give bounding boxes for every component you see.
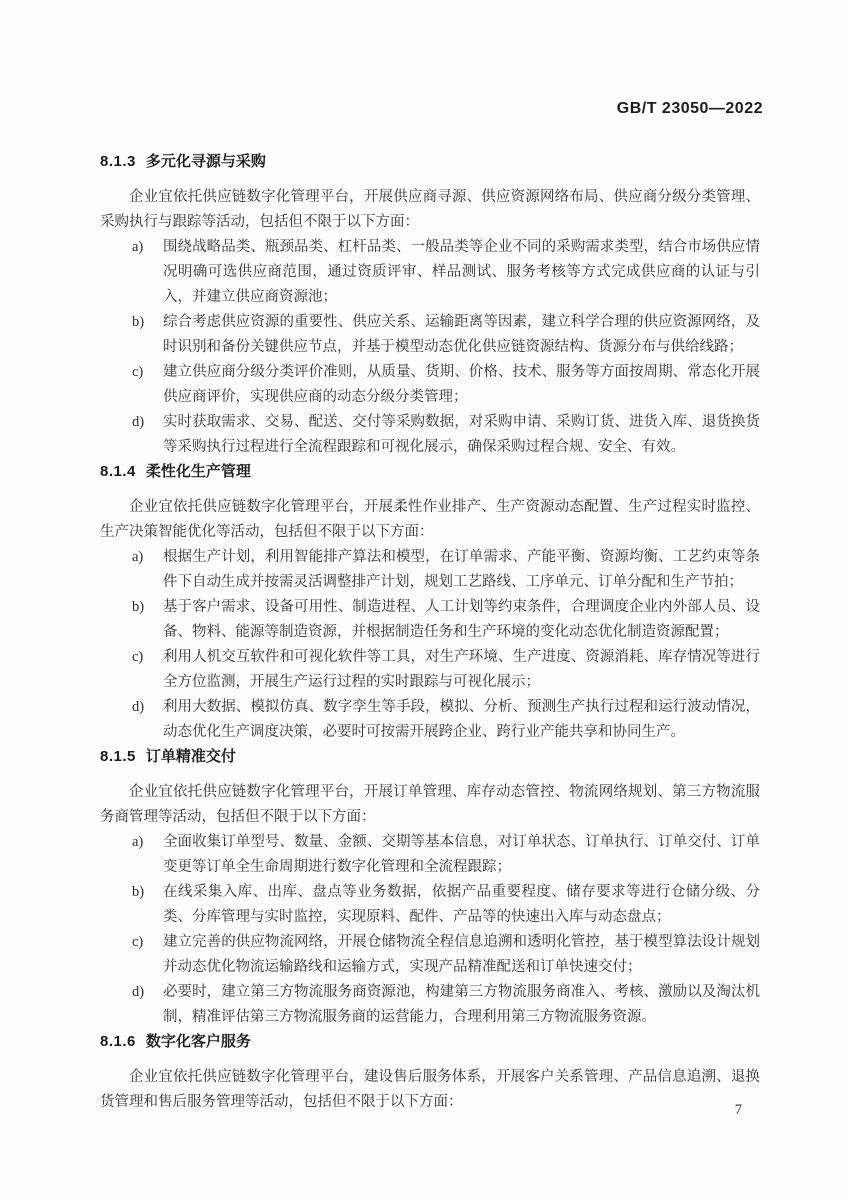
- list-item: a) 根据生产计划，利用智能排产算法和模型，在订单需求、产能平衡、资源均衡、工艺…: [100, 545, 760, 595]
- section-8-1-3: 8.1.3 多元化寻源与采购 企业宜依托供应链数字化管理平台，开展供应商寻源、供…: [100, 152, 760, 460]
- list-item: c) 利用人机交互软件和可视化软件等工具，对生产环境、生产进度、资源消耗、库存情…: [100, 645, 760, 695]
- document-page: GB/T 23050—2022 8.1.3 多元化寻源与采购 企业宜依托供应链数…: [0, 0, 850, 1200]
- section-title: 数字化客户服务: [146, 1032, 251, 1052]
- list-item-label: b): [132, 310, 163, 360]
- list-item: b) 基于客户需求、设备可用性、制造进程、人工计划等约束条件，合理调度企业内外部…: [100, 595, 760, 645]
- list-item: c) 建立供应商分级分类评价准则，从质量、货期、价格、技术、服务等方面按周期、常…: [100, 360, 760, 410]
- item-list: a) 全面收集订单型号、数量、金额、交期等基本信息，对订单状态、订单执行、订单交…: [100, 830, 760, 1030]
- section-8-1-5: 8.1.5 订单精准交付 企业宜依托供应链数字化管理平台，开展订单管理、库存动态…: [100, 747, 760, 1030]
- list-item-text: 围绕战略品类、瓶颈品类、杠杆品类、一般品类等企业不同的采购需求类型，结合市场供应…: [163, 235, 760, 310]
- section-title: 柔性化生产管理: [146, 462, 251, 482]
- section-intro: 企业宜依托供应链数字化管理平台，开展供应商寻源、供应资源网络布局、供应商分级分类…: [100, 185, 760, 235]
- section-heading: 8.1.3 多元化寻源与采购: [100, 152, 760, 172]
- section-number: 8.1.4: [100, 462, 136, 482]
- list-item-label: a): [132, 830, 163, 880]
- list-item-text: 建立完善的供应物流网络，开展仓储物流全程信息追溯和透明化管控，基于模型算法设计规…: [163, 930, 760, 980]
- list-item-label: d): [132, 695, 163, 745]
- list-item-text: 实时获取需求、交易、配送、交付等采购数据，对采购申请、采购订货、进货入库、退货换…: [163, 410, 760, 460]
- section-number: 8.1.6: [100, 1032, 136, 1052]
- list-item-text: 基于客户需求、设备可用性、制造进程、人工计划等约束条件，合理调度企业内外部人员、…: [163, 595, 760, 645]
- list-item: b) 在线采集入库、出库、盘点等业务数据，依据产品重要程度、储存要求等进行仓储分…: [100, 880, 760, 930]
- list-item-text: 根据生产计划，利用智能排产算法和模型，在订单需求、产能平衡、资源均衡、工艺约束等…: [163, 545, 760, 595]
- list-item-text: 利用人机交互软件和可视化软件等工具，对生产环境、生产进度、资源消耗、库存情况等进…: [163, 645, 760, 695]
- list-item: c) 建立完善的供应物流网络，开展仓储物流全程信息追溯和透明化管控，基于模型算法…: [100, 930, 760, 980]
- list-item-label: a): [132, 545, 163, 595]
- section-title: 多元化寻源与采购: [146, 152, 266, 172]
- list-item-label: a): [132, 235, 163, 310]
- section-heading: 8.1.5 订单精准交付: [100, 747, 760, 767]
- section-8-1-4: 8.1.4 柔性化生产管理 企业宜依托供应链数字化管理平台，开展柔性作业排产、生…: [100, 462, 760, 745]
- section-intro: 企业宜依托供应链数字化管理平台，开展订单管理、库存动态管控、物流网络规划、第三方…: [100, 780, 760, 830]
- item-list: a) 根据生产计划，利用智能排产算法和模型，在订单需求、产能平衡、资源均衡、工艺…: [100, 545, 760, 745]
- list-item: a) 全面收集订单型号、数量、金额、交期等基本信息，对订单状态、订单执行、订单交…: [100, 830, 760, 880]
- item-list: a) 围绕战略品类、瓶颈品类、杠杆品类、一般品类等企业不同的采购需求类型，结合市…: [100, 235, 760, 460]
- list-item-text: 在线采集入库、出库、盘点等业务数据，依据产品重要程度、储存要求等进行仓储分级、分…: [163, 880, 760, 930]
- list-item: d) 必要时，建立第三方物流服务商资源池，构建第三方物流服务商准入、考核、激励以…: [100, 980, 760, 1030]
- section-heading: 8.1.6 数字化客户服务: [100, 1032, 760, 1052]
- section-number: 8.1.3: [100, 152, 136, 172]
- section-intro: 企业宜依托供应链数字化管理平台，开展柔性作业排产、生产资源动态配置、生产过程实时…: [100, 495, 760, 545]
- section-heading: 8.1.4 柔性化生产管理: [100, 462, 760, 482]
- list-item-label: d): [132, 410, 163, 460]
- page-body: 8.1.3 多元化寻源与采购 企业宜依托供应链数字化管理平台，开展供应商寻源、供…: [100, 152, 760, 1115]
- list-item-text: 必要时，建立第三方物流服务商资源池，构建第三方物流服务商准入、考核、激励以及淘汰…: [163, 980, 760, 1030]
- list-item-text: 利用大数据、模拟仿真、数字孪生等手段，模拟、分析、预测生产执行过程和运行波动情况…: [163, 695, 760, 745]
- list-item-text: 全面收集订单型号、数量、金额、交期等基本信息，对订单状态、订单执行、订单交付、订…: [163, 830, 760, 880]
- list-item: d) 利用大数据、模拟仿真、数字孪生等手段，模拟、分析、预测生产执行过程和运行波…: [100, 695, 760, 745]
- list-item-label: b): [132, 595, 163, 645]
- list-item-label: c): [132, 930, 163, 980]
- list-item-text: 建立供应商分级分类评价准则，从质量、货期、价格、技术、服务等方面按周期、常态化开…: [163, 360, 760, 410]
- list-item-label: b): [132, 880, 163, 930]
- list-item: a) 围绕战略品类、瓶颈品类、杠杆品类、一般品类等企业不同的采购需求类型，结合市…: [100, 235, 760, 310]
- section-title: 订单精准交付: [146, 747, 236, 767]
- page-number: 7: [100, 1102, 742, 1119]
- list-item-label: c): [132, 645, 163, 695]
- section-number: 8.1.5: [100, 747, 136, 767]
- document-code: GB/T 23050—2022: [100, 100, 763, 118]
- list-item-text: 综合考虑供应资源的重要性、供应关系、运输距离等因素，建立科学合理的供应资源网络，…: [163, 310, 760, 360]
- list-item-label: c): [132, 360, 163, 410]
- list-item: b) 综合考虑供应资源的重要性、供应关系、运输距离等因素，建立科学合理的供应资源…: [100, 310, 760, 360]
- list-item: d) 实时获取需求、交易、配送、交付等采购数据，对采购申请、采购订货、进货入库、…: [100, 410, 760, 460]
- list-item-label: d): [132, 980, 163, 1030]
